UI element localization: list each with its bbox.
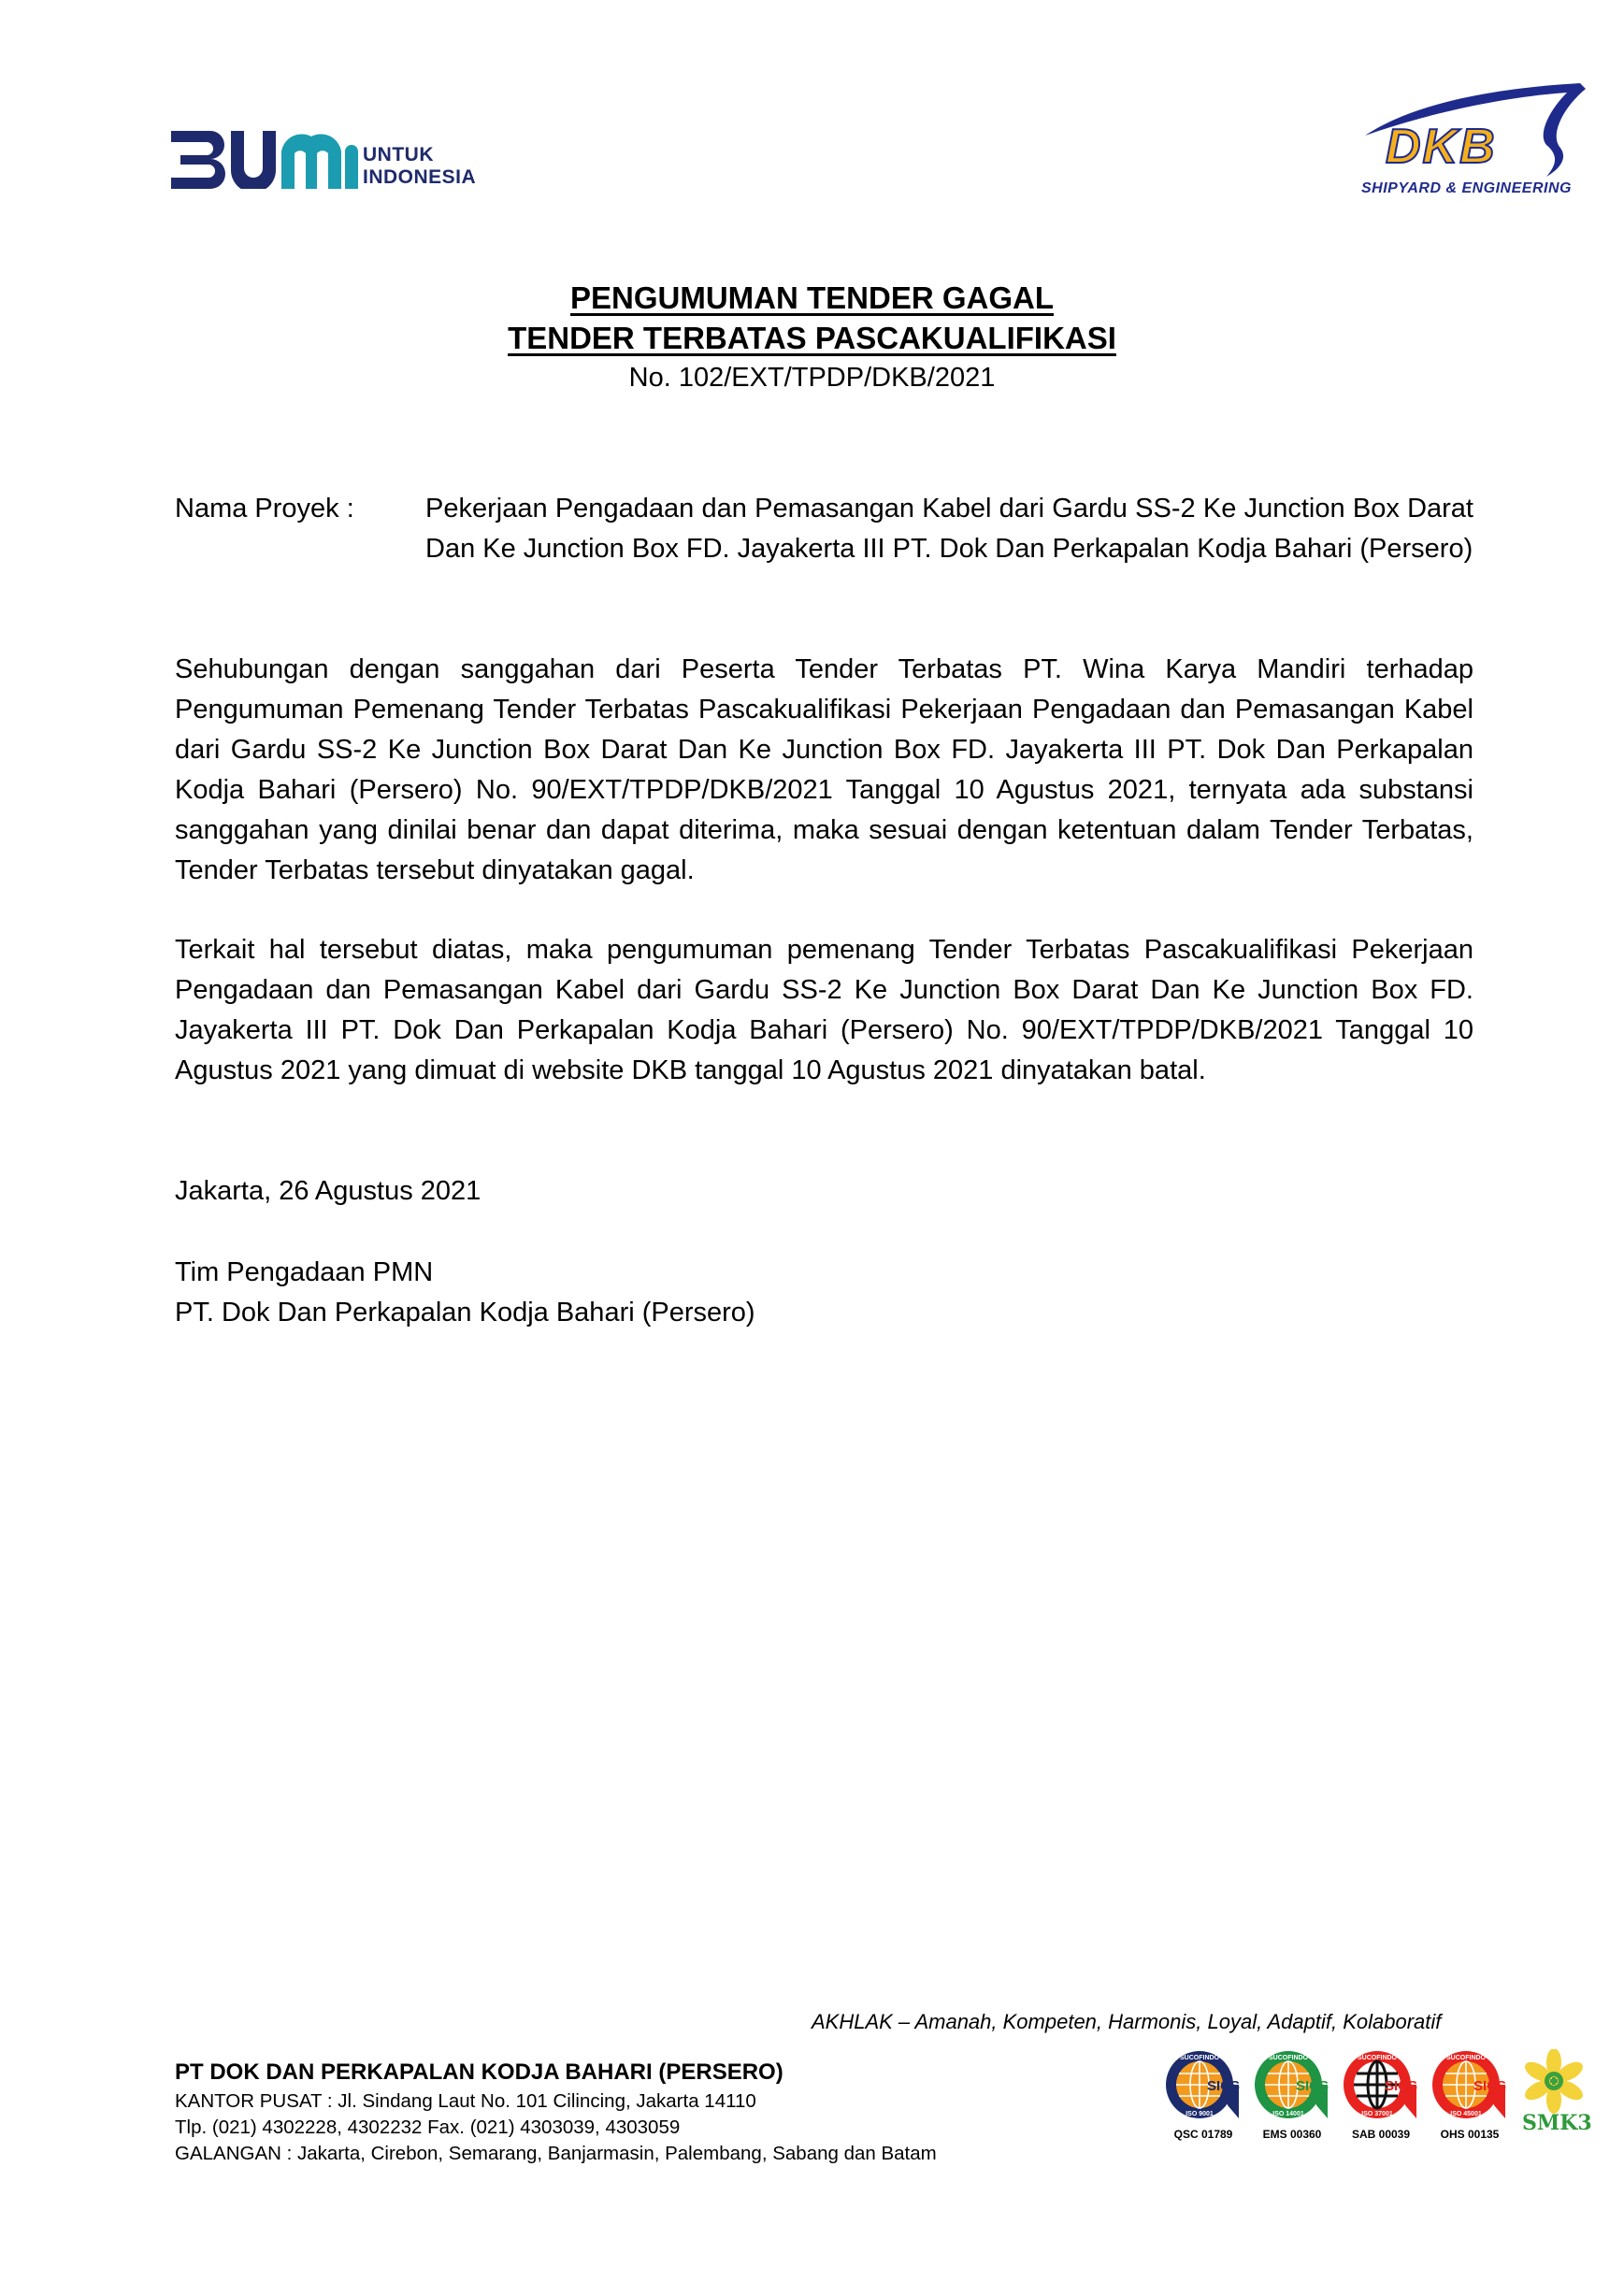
document-number: No. 102/EXT/TPDP/DKB/2021 <box>0 363 1624 394</box>
svg-text:SICS: SICS <box>1473 2078 1506 2094</box>
sucofindo-iso-9001-icon: SICSSUCOFINDOISO 9001 <box>1164 2049 1243 2124</box>
document-subtitle: TENDER TERBATAS PASCAKUALIFIKASI <box>0 321 1624 356</box>
svg-text:SUCOFINDO: SUCOFINDO <box>1180 2055 1220 2061</box>
footer-phone-fax: Tlp. (021) 4302228, 4302232 Fax. (021) 4… <box>175 2117 680 2139</box>
svg-text:SUCOFINDO: SUCOFINDO <box>1358 2055 1398 2061</box>
dkb-subtitle: SHIPYARD & ENGINEERING <box>1361 180 1572 197</box>
bumn-tagline: UNTUK INDONESIA <box>363 144 476 189</box>
project-label: Nama Proyek : <box>175 489 354 529</box>
svg-text:SICS: SICS <box>1385 2078 1417 2094</box>
svg-text:SUCOFINDO: SUCOFINDO <box>1269 2055 1309 2061</box>
certification-code: SAB 00039 <box>1339 2128 1423 2141</box>
paragraph-cancellation: Terkait hal tersebut diatas, maka pengum… <box>175 930 1473 1091</box>
svg-text:SICS: SICS <box>1296 2078 1329 2094</box>
bumn-logo: UNTUK INDONESIA <box>171 123 480 198</box>
svg-text:SUCOFINDO: SUCOFINDO <box>1446 2055 1487 2061</box>
dkb-logo: DKB SHIPYARD & ENGINEERING <box>1346 79 1617 201</box>
bumn-mark-icon <box>171 131 358 189</box>
certification-badge: SICSSUCOFINDOISO 45001 OHS 00135 <box>1428 2049 1512 2141</box>
certification-badge: SICSSUCOFINDOISO 37001 SAB 00039 <box>1339 2049 1423 2141</box>
sucofindo-iso-37001-icon: SICSSUCOFINDOISO 37001 <box>1342 2049 1420 2124</box>
certification-code: OHS 00135 <box>1428 2128 1512 2141</box>
smk3-label: SMK3 <box>1522 2111 1592 2135</box>
certification-code: EMS 00360 <box>1250 2128 1334 2141</box>
signatory-team: Tim Pengadaan PMN <box>175 1253 433 1293</box>
place-date: Jakarta, 26 Agustus 2021 <box>175 1171 481 1212</box>
certification-badge: SICSSUCOFINDOISO 9001 QSC 01789 <box>1161 2049 1245 2141</box>
certification-code: QSC 01789 <box>1161 2128 1245 2141</box>
dkb-wordmark: DKB <box>1386 119 1497 175</box>
signatory-company: PT. Dok Dan Perkapalan Kodja Bahari (Per… <box>175 1293 755 1333</box>
sucofindo-iso-45001-icon: SICSSUCOFINDOISO 45001 <box>1430 2049 1509 2124</box>
smk3-flower-gear-icon <box>1516 2049 1591 2115</box>
footer-address: KANTOR PUSAT : Jl. Sindang Laut No. 101 … <box>175 2090 756 2113</box>
paragraph-objection: Sehubungan dengan sanggahan dari Peserta… <box>175 650 1473 891</box>
svg-text:ISO 14001: ISO 14001 <box>1272 2111 1304 2117</box>
certification-badge: SICSSUCOFINDOISO 14001 EMS 00360 <box>1250 2049 1334 2141</box>
values-motto: AKHLAK – Amanah, Kompeten, Harmonis, Loy… <box>812 2010 1441 2034</box>
document-title: PENGUMUMAN TENDER GAGAL <box>0 280 1624 316</box>
project-name: Pekerjaan Pengadaan dan Pemasangan Kabel… <box>425 489 1473 569</box>
smk3-logo: SMK3 <box>1516 2049 1591 2143</box>
footer-shipyards: GALANGAN : Jakarta, Cirebon, Semarang, B… <box>175 2143 937 2165</box>
footer-company-name: PT DOK DAN PERKAPALAN KODJA BAHARI (PERS… <box>175 2059 783 2086</box>
svg-text:ISO 45001: ISO 45001 <box>1450 2111 1482 2117</box>
sucofindo-iso-14001-icon: SICSSUCOFINDOISO 14001 <box>1253 2049 1331 2124</box>
svg-text:ISO 9001: ISO 9001 <box>1186 2111 1214 2117</box>
svg-text:ISO 37001: ISO 37001 <box>1361 2111 1393 2117</box>
svg-text:SICS: SICS <box>1207 2078 1240 2094</box>
